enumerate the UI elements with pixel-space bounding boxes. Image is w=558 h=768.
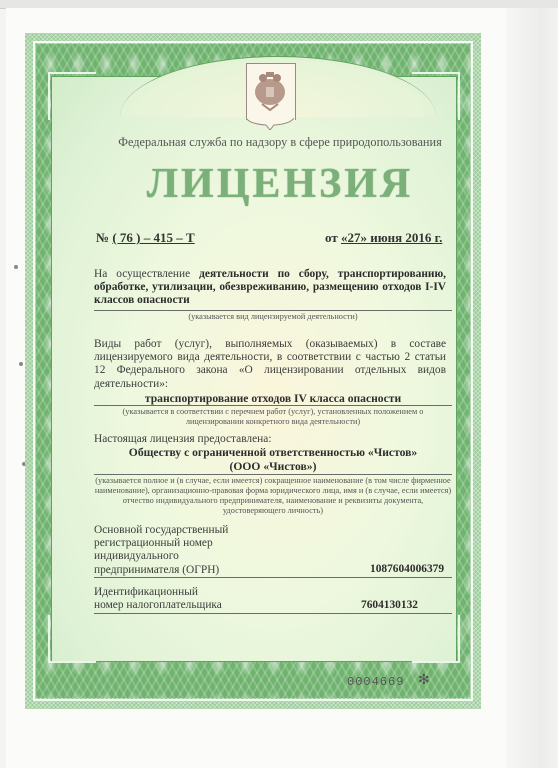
underline: [94, 577, 452, 578]
ogrn-value: 1087604006379: [370, 563, 444, 575]
activity-text: На осуществление деятельности по сбору, …: [94, 268, 446, 308]
holder-hint: (указывается полное и (в случае, если им…: [94, 476, 452, 516]
scan-right-edge: [506, 8, 558, 768]
shield-tip-icon: [246, 118, 294, 130]
punch-hole: [19, 362, 23, 366]
holder-short-name: (ООО «Чистов»): [94, 460, 452, 473]
underline: [94, 405, 452, 406]
holder-lead: Настоящая лицензия предоставлена:: [94, 433, 394, 446]
holder-full-name: Обществу с ограниченной ответственностью…: [94, 446, 452, 459]
ogrn-label: Основной государственный регистрационный…: [94, 524, 244, 577]
punch-hole: [14, 265, 18, 269]
works-hint: (указывается в соответствии с перечнем р…: [98, 407, 448, 427]
license-date: от «27» июня 2016 г.: [325, 230, 442, 246]
license-number: № ( 76 ) – 415 – Т: [96, 230, 195, 246]
underline: [94, 474, 452, 475]
date-prefix: от: [325, 230, 338, 245]
underline: [94, 310, 452, 311]
agency-name: Федеральная служба по надзору в сфере пр…: [60, 135, 500, 150]
corner-frame: [48, 72, 96, 120]
date-value: «27» июня 2016 г.: [341, 230, 442, 245]
corner-frame: [48, 615, 96, 663]
number-prefix: №: [96, 230, 109, 245]
inn-value: 7604130132: [361, 599, 418, 611]
number-value: ( 76 ) – 415 – Т: [112, 230, 194, 245]
serial-number: 0004669: [347, 675, 404, 689]
document-title: ЛИЦЕНЗИЯ: [60, 160, 500, 208]
asterisk-icon: ✻: [418, 672, 430, 689]
corner-frame: [412, 615, 460, 663]
works-value: транспортирование отходов IV класса опас…: [94, 392, 452, 405]
works-text: Виды работ (услуг), выполняемых (оказыва…: [94, 338, 446, 391]
inn-label: Идентификационный номер налогоплательщик…: [94, 586, 224, 612]
double-headed-eagle-icon: [252, 70, 288, 112]
corner-frame: [412, 72, 460, 120]
activity-hint: (указывается вид лицензируемой деятельно…: [94, 312, 452, 322]
activity-lead: На осуществление: [94, 268, 190, 280]
underline: [94, 613, 452, 614]
